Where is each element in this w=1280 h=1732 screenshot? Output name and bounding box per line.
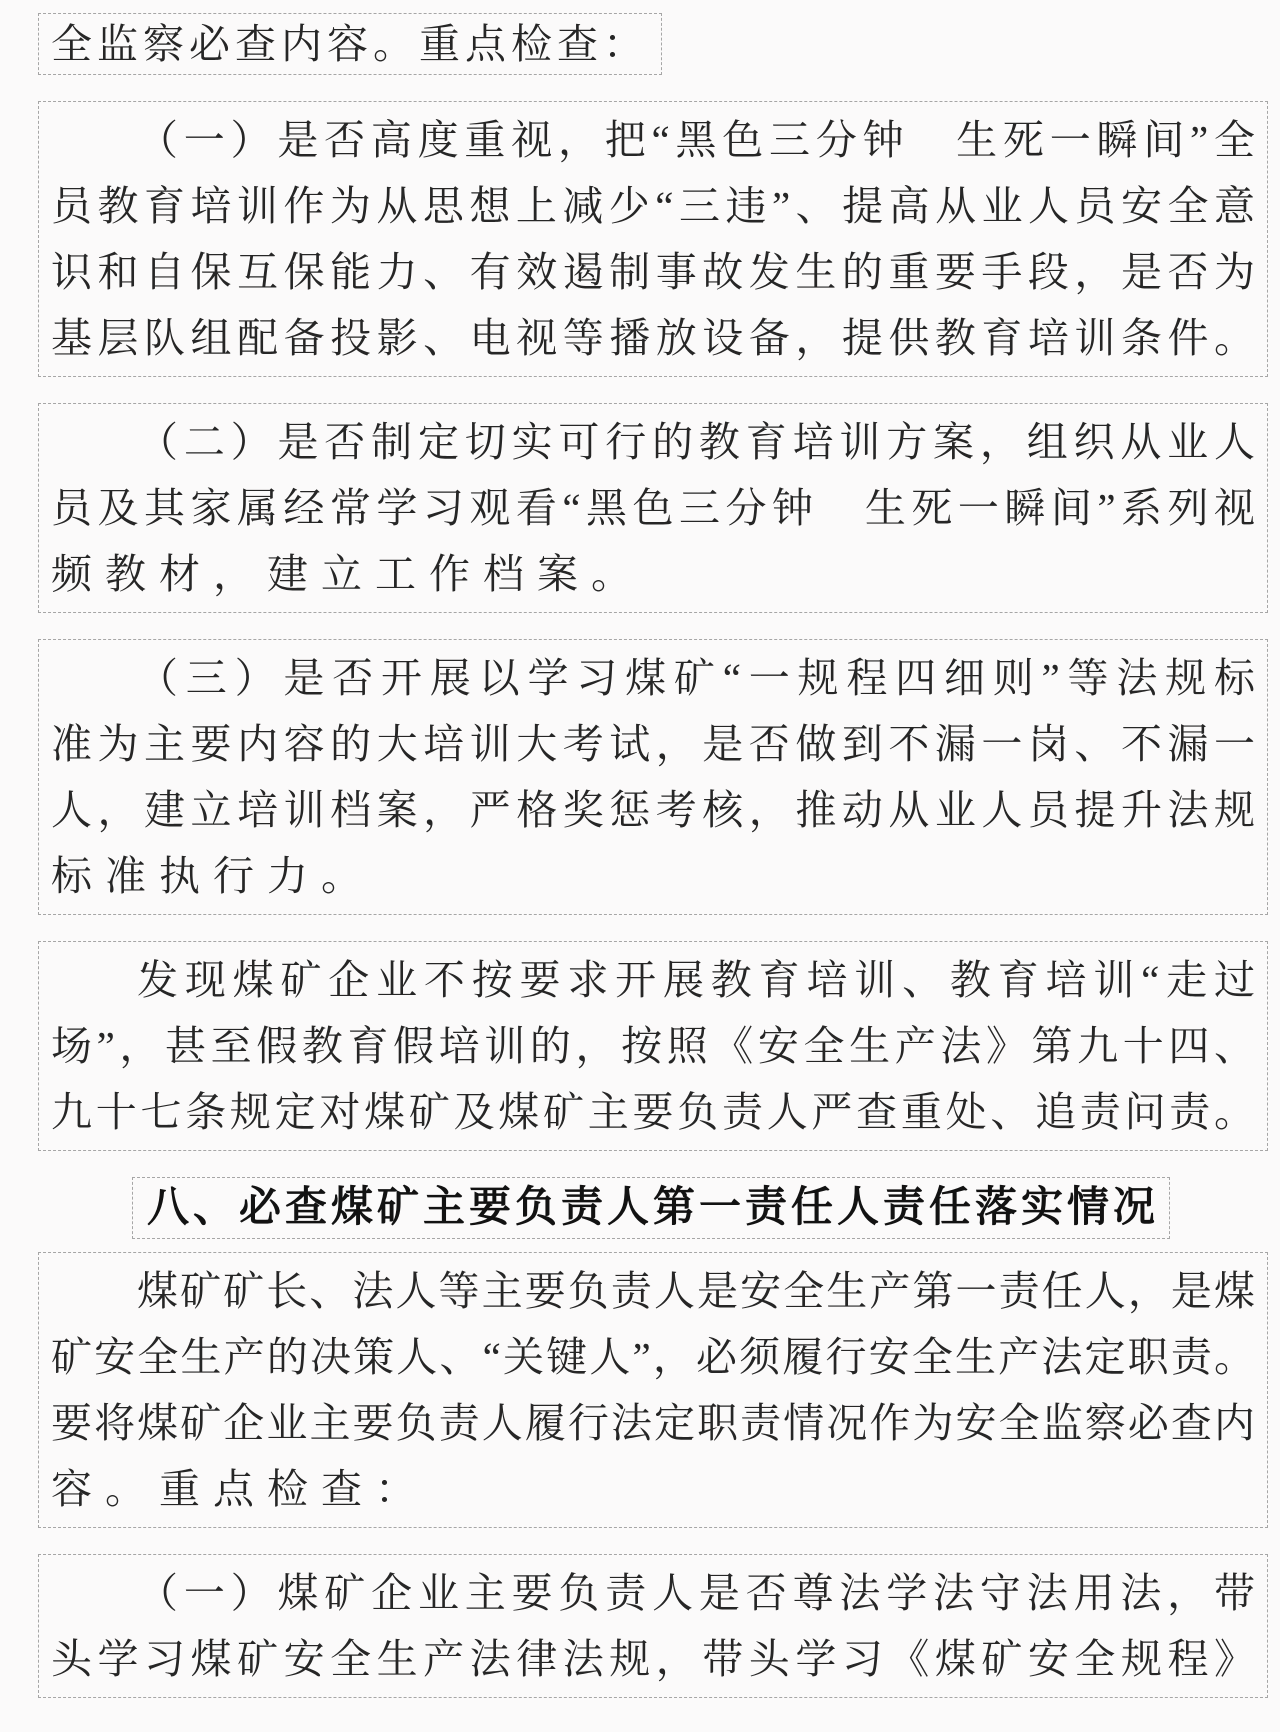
text-line: （三）是否开展以学习煤矿“一规程四细则”等法规标 [51, 645, 1255, 711]
text-line: 矿安全生产的决策人、“关键人”，必须履行安全生产法定职责。 [51, 1324, 1255, 1390]
text-line: 准为主要内容的大培训大考试，是否做到不漏一岗、不漏一 [51, 711, 1255, 777]
scanned-document-page: 全监察必查内容。重点检查：（一）是否高度重视，把“黑色三分钟 生死一瞬间”全员教… [0, 0, 1280, 1732]
text-line: 频教材，建立工作档案。 [51, 541, 1255, 607]
text-line: （一）煤矿企业主要负责人是否尊法学法守法用法，带 [51, 1560, 1255, 1626]
text-line: 员及其家属经常学习观看“黑色三分钟 生死一瞬间”系列视 [51, 475, 1255, 541]
text-line: 基层队组配备投影、电视等播放设备，提供教育培训条件。 [51, 305, 1255, 371]
paragraph-box: （一）煤矿企业主要负责人是否尊法学法守法用法，带头学习煤矿安全生产法律法规，带头… [38, 1554, 1268, 1698]
text-line: 发现煤矿企业不按要求开展教育培训、教育培训“走过 [51, 947, 1255, 1013]
text-line: 九十七条规定对煤矿及煤矿主要负责人严查重处、追责问责。 [51, 1079, 1255, 1145]
paragraph-box: 煤矿矿长、法人等主要负责人是安全生产第一责任人，是煤矿安全生产的决策人、“关键人… [38, 1252, 1268, 1528]
text-line: 标准执行力。 [51, 843, 1255, 909]
paragraph-tail-box: 全监察必查内容。重点检查： [38, 13, 662, 75]
paragraph-box: （一）是否高度重视，把“黑色三分钟 生死一瞬间”全员教育培训作为从思想上减少“三… [38, 101, 1268, 377]
text-line: 要将煤矿企业主要负责人履行法定职责情况作为安全监察必查内 [51, 1390, 1255, 1456]
text-line: 员教育培训作为从思想上减少“三违”、提高从业人员安全意 [51, 173, 1255, 239]
text-line: 人，建立培训档案，严格奖惩考核，推动从业人员提升法规 [51, 777, 1255, 843]
paragraph-box: （二）是否制定切实可行的教育培训方案，组织从业人员及其家属经常学习观看“黑色三分… [38, 403, 1268, 613]
text-line: 识和自保互保能力、有效遏制事故发生的重要手段，是否为 [51, 239, 1255, 305]
text-line: 头学习煤矿安全生产法律法规，带头学习《煤矿安全规程》 [51, 1626, 1255, 1692]
text-line: 煤矿矿长、法人等主要负责人是安全生产第一责任人，是煤 [51, 1258, 1255, 1324]
text-line: 场”，甚至假教育假培训的，按照《安全生产法》第九十四、 [51, 1013, 1255, 1079]
section-heading: 八、必查煤矿主要负责人第一责任人责任落实情况 [132, 1177, 1170, 1239]
text-line: （二）是否制定切实可行的教育培训方案，组织从业人 [51, 409, 1255, 475]
text-line: 容。重点检查： [51, 1456, 1255, 1522]
paragraph-box: （三）是否开展以学习煤矿“一规程四细则”等法规标准为主要内容的大培训大考试，是否… [38, 639, 1268, 915]
text-line: （一）是否高度重视，把“黑色三分钟 生死一瞬间”全 [51, 107, 1255, 173]
paragraph-box: 发现煤矿企业不按要求开展教育培训、教育培训“走过场”，甚至假教育假培训的，按照《… [38, 941, 1268, 1151]
